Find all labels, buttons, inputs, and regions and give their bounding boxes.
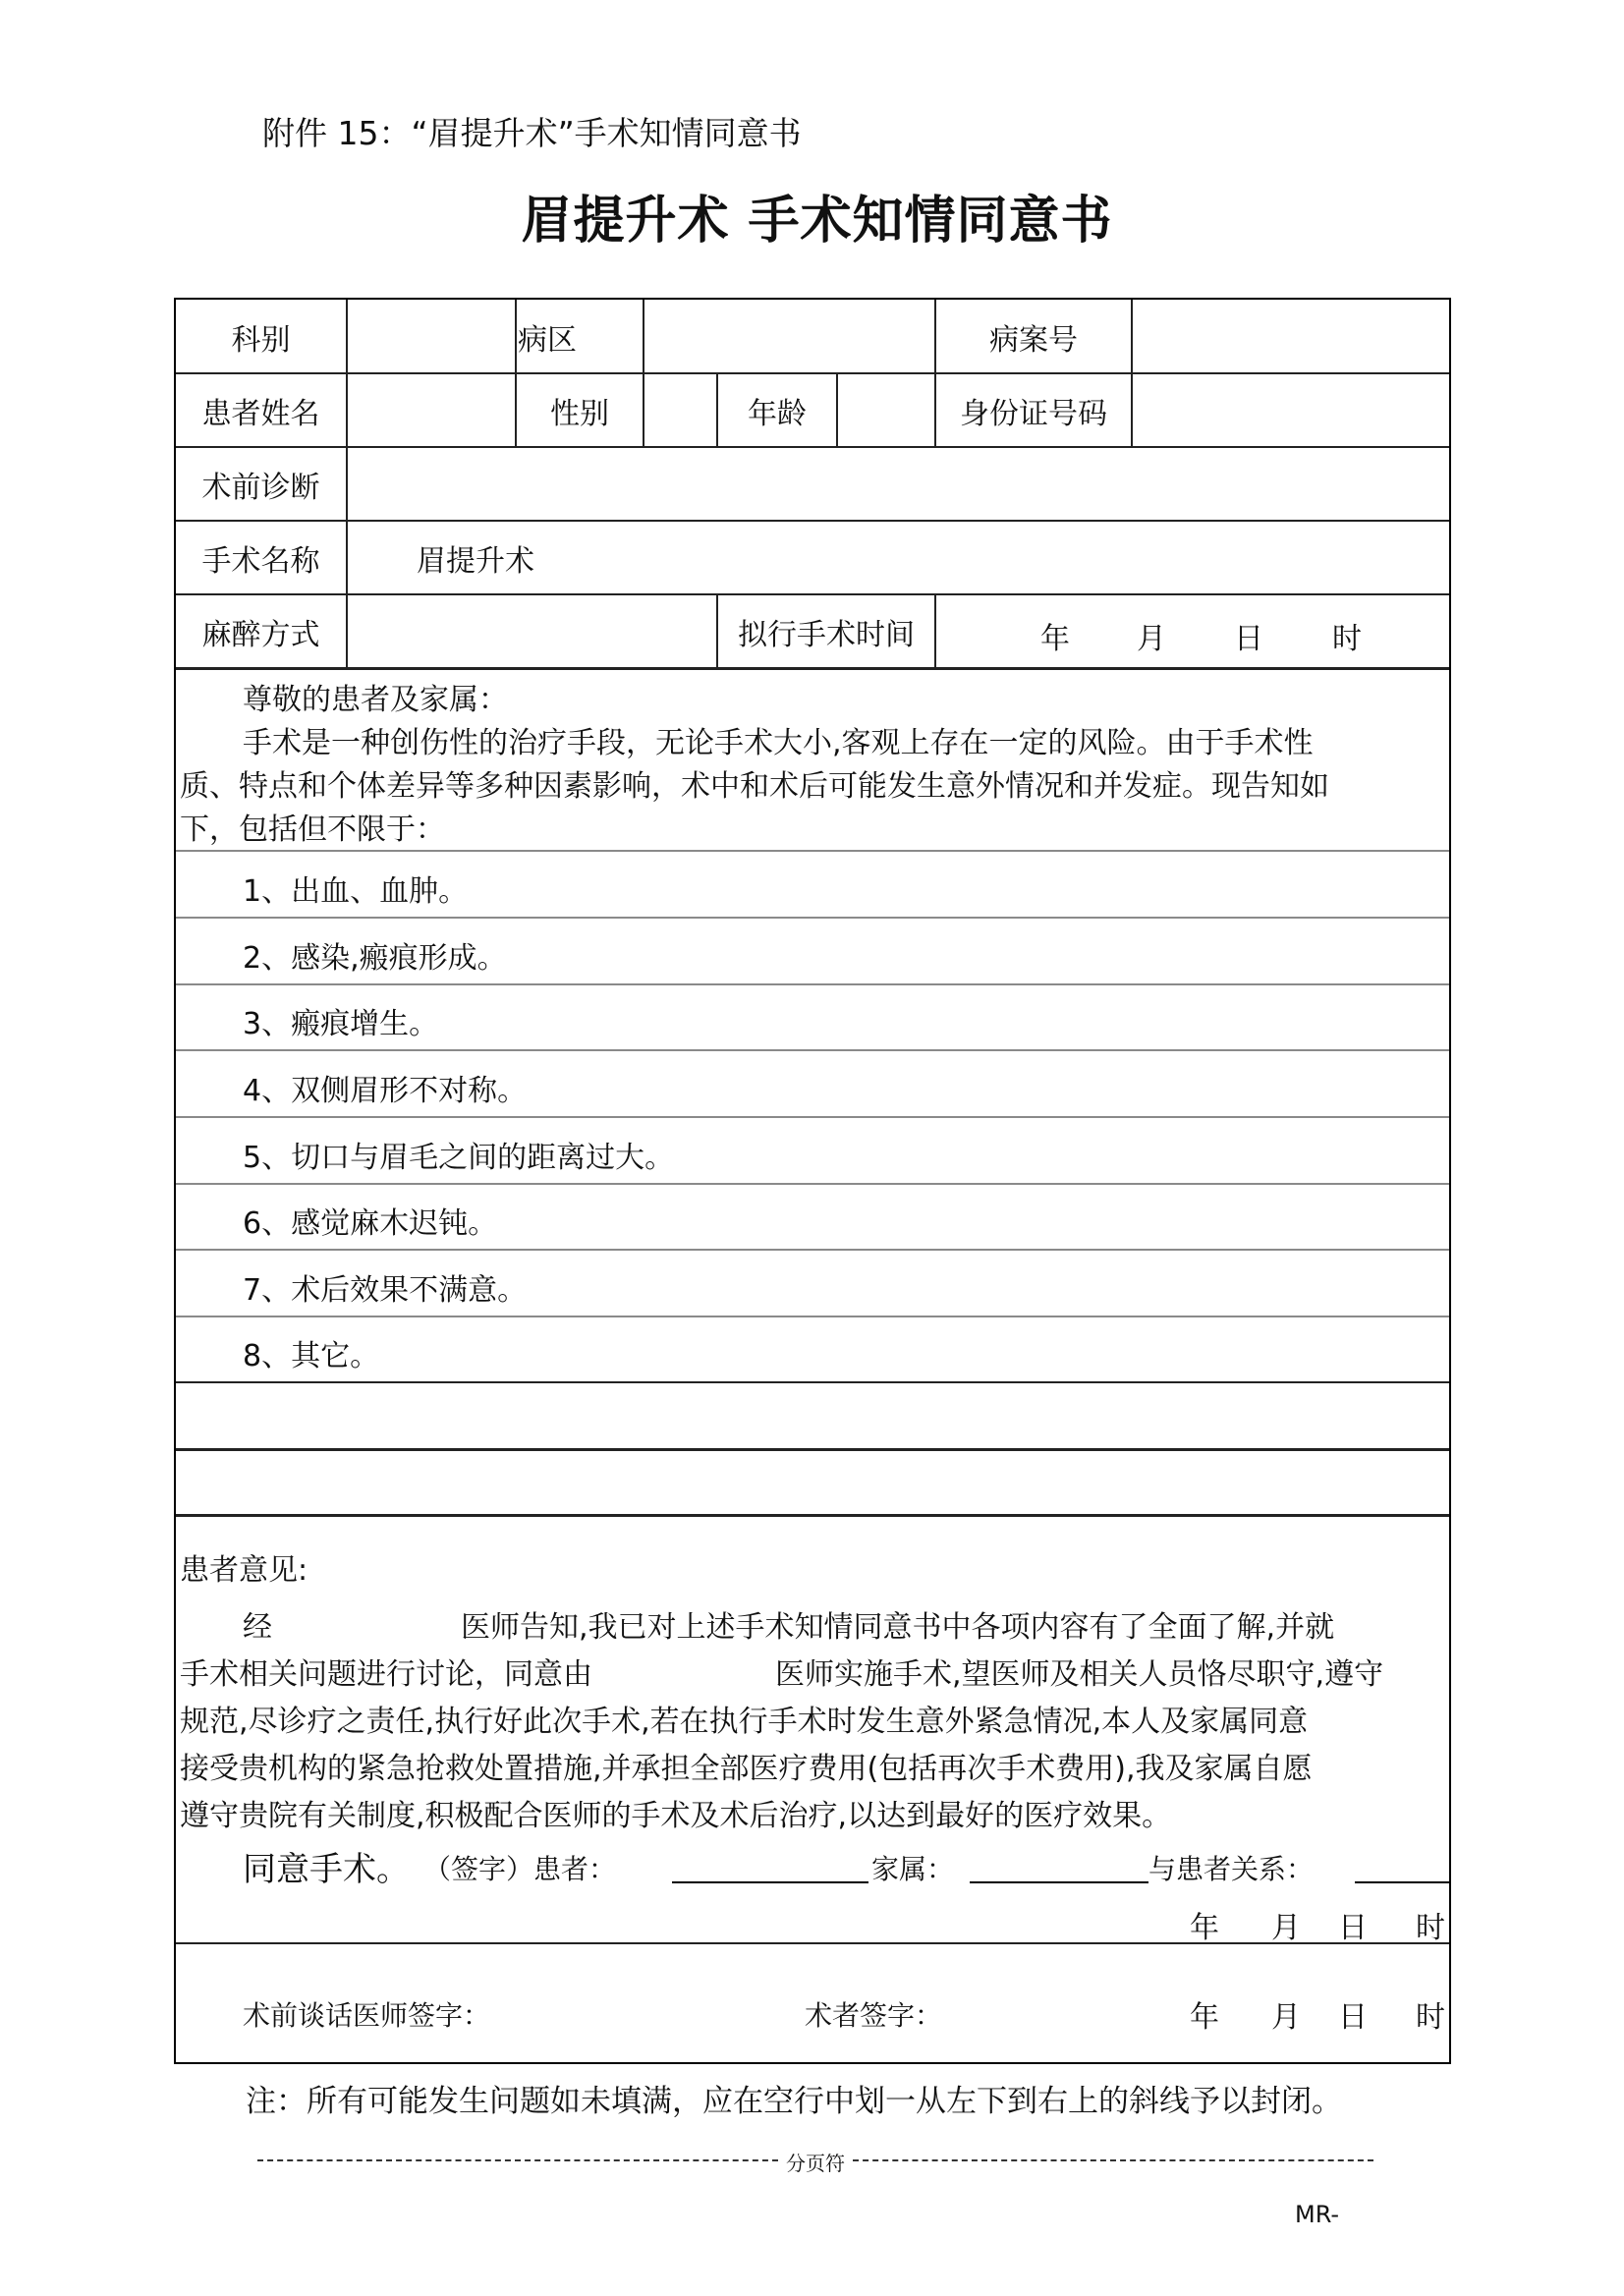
surgeon-signature-field[interactable]: [952, 1985, 1168, 2034]
opinion-line: 规范,尽诊疗之责任,执行好此次手术,若在执行手术时发生意外紧急情况,本人及家属同…: [180, 1697, 1308, 1740]
diagnosis-field[interactable]: [348, 447, 1449, 521]
family-sign-label: 家属：: [871, 1848, 954, 1887]
case-number-field[interactable]: [1133, 300, 1449, 373]
risk-item: 4、双侧眉形不对称。: [243, 1066, 527, 1109]
patient-sign-label: （签字）患者：: [423, 1848, 616, 1887]
family-signature-line[interactable]: [970, 1854, 1148, 1883]
row-divider: [176, 1183, 1449, 1185]
opinion-line: 医师告知,我已对上述手术知情同意书中各项内容有了全面了解,并就: [461, 1602, 1334, 1646]
risk-item: 1、出血、血肿。: [243, 867, 468, 910]
opinion-line: 医师实施手术,望医师及相关人员恪尽职守,遵守: [775, 1650, 1383, 1693]
row-divider: [176, 1448, 1449, 1451]
row-divider: [176, 1942, 1449, 1944]
dashed-divider: [853, 2159, 1373, 2161]
risk-item: 5、切口与眉毛之间的距离过大。: [243, 1133, 674, 1176]
row-divider: [176, 1049, 1449, 1051]
id-number-label: 身份证号码: [936, 373, 1131, 447]
planned-month-label: 月: [1137, 614, 1166, 657]
risk-item: 7、术后效果不满意。: [243, 1265, 527, 1309]
patient-name-field[interactable]: [348, 373, 515, 447]
greeting: 尊敬的患者及家属：: [243, 675, 508, 718]
risk-item: 8、其它。: [243, 1331, 379, 1374]
surgery-name-label: 手术名称: [176, 521, 346, 594]
row-divider: [176, 917, 1449, 919]
surgeon-sign-label: 术者签字：: [805, 1994, 942, 2034]
planned-year-label: 年: [1040, 614, 1070, 657]
case-number-label: 病案号: [936, 300, 1131, 373]
relation-line[interactable]: [1355, 1854, 1449, 1883]
diagnosis-label: 术前诊断: [176, 447, 346, 521]
notice-line: 下，包括但不限于：: [180, 805, 445, 848]
doctor-date-day: 日: [1338, 1992, 1368, 2036]
relation-label: 与患者关系：: [1148, 1848, 1314, 1887]
notice-line: 质、特点和个体差异等多种因素影响，术中和术后可能发生意外情况和并发症。现告知如: [180, 761, 1329, 805]
id-number-field[interactable]: [1133, 373, 1449, 447]
risk-item: 6、感觉麻木迟钝。: [243, 1199, 497, 1242]
planned-hour-label: 时: [1332, 614, 1362, 657]
row-divider: [176, 1316, 1449, 1317]
page-break-label: 分页符: [778, 2148, 853, 2176]
sex-label: 性别: [517, 373, 643, 447]
talk-doctor-signature-field[interactable]: [530, 1985, 775, 2034]
row-divider: [176, 1116, 1449, 1118]
age-field[interactable]: [838, 373, 934, 447]
doctor-date-year: 年: [1190, 1992, 1219, 2036]
opinion-line: 手术相关问题进行讨论，同意由: [180, 1650, 592, 1693]
attachment-subtitle: 附件 15：“眉提升术”手术知情同意书: [262, 108, 802, 154]
page-break: 分页符: [257, 2148, 1373, 2171]
talk-doctor-sign-label: 术前谈话医师签字：: [243, 1994, 490, 2034]
footer-note: 注：所有可能发生问题如未填满，应在空行中划一从左下到右上的斜线予以封闭。: [246, 2076, 1342, 2120]
ward-label: 病区: [518, 300, 643, 373]
notice-line: 手术是一种创伤性的治疗手段，无论手术大小,客观上存在一定的风险。由于手术性: [243, 718, 1314, 761]
anesthesia-field[interactable]: [348, 594, 716, 668]
doctor-date-month: 月: [1271, 1992, 1301, 2036]
patient-signature-line[interactable]: [672, 1854, 868, 1883]
doctor-date-hour: 时: [1416, 1992, 1445, 2036]
opinion-line: 接受贵机构的紧急抢救处置措施,并承担全部医疗费用(包括再次手术费用),我及家属自…: [180, 1744, 1312, 1787]
patient-date-month: 月: [1271, 1903, 1301, 1946]
planned-time-label: 拟行手术时间: [718, 594, 934, 668]
consent-form-table: 科别 病区 病案号 患者姓名 性别 年龄 身份证号码 术前诊断 手术名称 眉提升…: [174, 298, 1451, 2064]
planned-day-label: 日: [1234, 614, 1263, 657]
dashed-divider: [257, 2159, 778, 2161]
surgery-name-value: 眉提升术: [417, 521, 1399, 594]
col-divider: [934, 594, 936, 668]
patient-opinion-label: 患者意见:: [180, 1545, 308, 1589]
row-divider: [176, 850, 1449, 852]
patient-date-hour: 时: [1416, 1903, 1445, 1946]
sex-field[interactable]: [644, 373, 716, 447]
opinion-line: 遵守贵院有关制度,积极配合医师的手术及术后治疗,以达到最好的医疗效果。: [180, 1791, 1171, 1834]
document-code: MR-: [1295, 2201, 1339, 2228]
row-divider: [176, 1514, 1449, 1517]
row-divider: [176, 1249, 1449, 1251]
risk-item: 3、瘢痕增生。: [243, 999, 438, 1042]
patient-date-day: 日: [1338, 1903, 1368, 1946]
anesthesia-label: 麻醉方式: [176, 594, 346, 668]
row-divider: [176, 983, 1449, 985]
agree-surgery: 同意手术。: [243, 1842, 410, 1890]
opinion-line-start: 经: [243, 1602, 272, 1646]
dept-field[interactable]: [348, 300, 515, 373]
ward-field[interactable]: [644, 300, 934, 373]
page-title: 眉提升术 手术知情同意书: [0, 179, 1624, 252]
age-label: 年龄: [718, 373, 836, 447]
patient-name-label: 患者姓名: [176, 373, 346, 447]
patient-date-year: 年: [1190, 1903, 1219, 1946]
dept-label: 科别: [176, 300, 346, 373]
row-divider: [176, 1381, 1449, 1383]
risk-item: 2、感染,瘢痕形成。: [243, 933, 507, 977]
